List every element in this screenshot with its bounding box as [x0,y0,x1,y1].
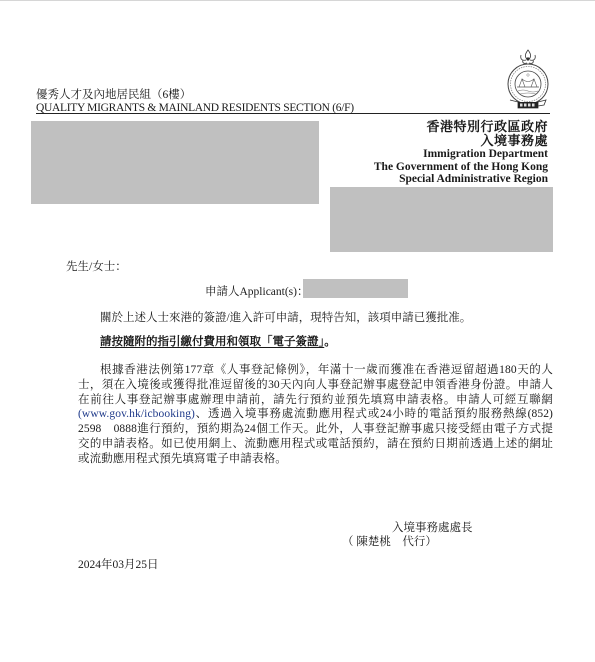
redacted-applicant-name [303,279,408,298]
department-name-zh-line2: 入境事務處 [374,134,548,148]
approval-notice: 關於上述人士來港的簽證/進入許可申請，現特告知，該項申請已獲批准。 [100,309,471,325]
page-top-border [0,0,595,1]
icbooking-link[interactable]: (www.gov.hk/icbooking) [78,408,195,420]
applicant-label: 申請人Applicant(s)： [205,283,308,299]
department-name-en-line2: The Government of the Hong Kong [374,161,548,174]
signer-name: （ 陳楚桃 代行） [342,533,437,549]
evisa-instruction-end: 。 [324,336,336,348]
hkid-registration-paragraph: 根據香港法例第177章《人事登記條例》，年滿十一歲而獲准在香港逗留超過180天的… [78,363,553,467]
department-letterhead: 香港特別行政區政府 入境事務處 Immigration Department T… [374,120,548,186]
department-name-zh-line1: 香港特別行政區政府 [374,120,548,134]
emblem-icon [504,48,552,110]
redacted-reference-block [330,187,553,252]
evisa-instruction: 請按隨附的指引繳付費用和領取「電子簽證」。 [100,333,336,349]
section-name-chinese: 優秀人才及內地居民組（6樓） [36,88,191,102]
department-name-en-line3: Special Administrative Region [374,173,548,186]
department-name-en-line1: Immigration Department [374,148,548,161]
header-divider [36,113,550,114]
salutation: 先生/女士： [66,258,127,274]
paragraph-text-part1: 根據香港法例第177章《人事登記條例》，年滿十一歲而獲准在香港逗留超過180天的… [78,364,553,406]
letter-date: 2024年03月25日 [78,556,159,572]
redacted-recipient-address [31,121,319,204]
evisa-instruction-text: 請按隨附的指引繳付費用和領取「電子簽證」 [100,336,324,348]
